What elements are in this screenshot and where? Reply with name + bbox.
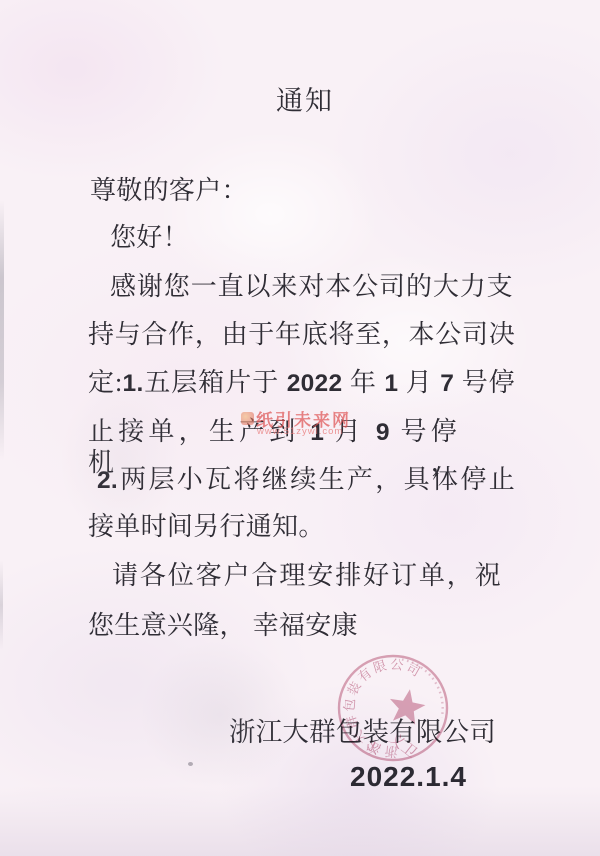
- item-number: 1.: [123, 370, 144, 397]
- left-edge-scan-smudge: [0, 200, 4, 460]
- body-text: 感谢您一直以来对本公司的大力支: [110, 272, 513, 301]
- body-text: 月: [398, 368, 440, 397]
- body-text: 您生意兴隆， 幸福安康: [88, 611, 358, 640]
- body-text: 请各位客户合理安排好订单，祝: [112, 561, 501, 590]
- body-text: 定:: [88, 368, 123, 397]
- greeting-text: 您好！: [110, 223, 189, 252]
- company-seal-stamp: 浙江大群包装有限公司 华 义卫: [333, 651, 453, 765]
- page-title: 通知: [0, 79, 600, 118]
- signature-date: 2022.1.4: [350, 761, 467, 793]
- body-line-6: 接单时间另行通知。: [88, 512, 325, 542]
- greeting-line: 您好！: [110, 223, 189, 253]
- body-line-7: 请各位客户合理安排好订单，祝: [112, 561, 501, 591]
- body-line-1: 感谢您一直以来对本公司的大力支: [110, 272, 513, 302]
- salutation-line: 尊敬的客户：: [90, 176, 248, 206]
- body-text: 号停: [454, 368, 515, 397]
- item-number: 2.: [97, 467, 118, 494]
- left-edge-scan-smudge-2: [0, 560, 3, 650]
- day-number: 9: [376, 419, 390, 446]
- month-number: 1: [384, 370, 398, 397]
- body-text: 年: [342, 368, 384, 397]
- salutation-text: 尊敬的客户：: [90, 176, 248, 205]
- year-number: 2022: [287, 370, 343, 397]
- body-line-2: 持与合作，由于年底将至，本公司决: [88, 320, 515, 350]
- seal-star-icon: [386, 686, 427, 726]
- day-number: 7: [440, 370, 454, 397]
- body-text: 两层小瓦将继续生产，具体停止: [118, 465, 515, 494]
- scanned-notice-document: 通知 尊敬的客户： 您好！ 感谢您一直以来对本公司的大力支 持与合作，由于年底将…: [0, 0, 600, 856]
- body-line-8: 您生意兴隆， 幸福安康: [88, 611, 358, 641]
- body-line-5: 2.两层小瓦将继续生产，具体停止: [97, 465, 515, 496]
- body-text: 持与合作，由于年底将至，本公司决: [88, 320, 515, 349]
- watermark-logo-icon: [241, 412, 254, 425]
- body-line-3: 定:1.五层箱片于 2022 年 1 月 7 号停: [88, 368, 515, 399]
- seal-mark-1: 华: [363, 739, 383, 761]
- body-text: 接单时间另行通知。: [88, 512, 325, 541]
- watermark-site-url: www.51zywl.com: [257, 426, 343, 437]
- body-text: 五层箱片于: [144, 368, 287, 397]
- ink-speck: [188, 762, 193, 766]
